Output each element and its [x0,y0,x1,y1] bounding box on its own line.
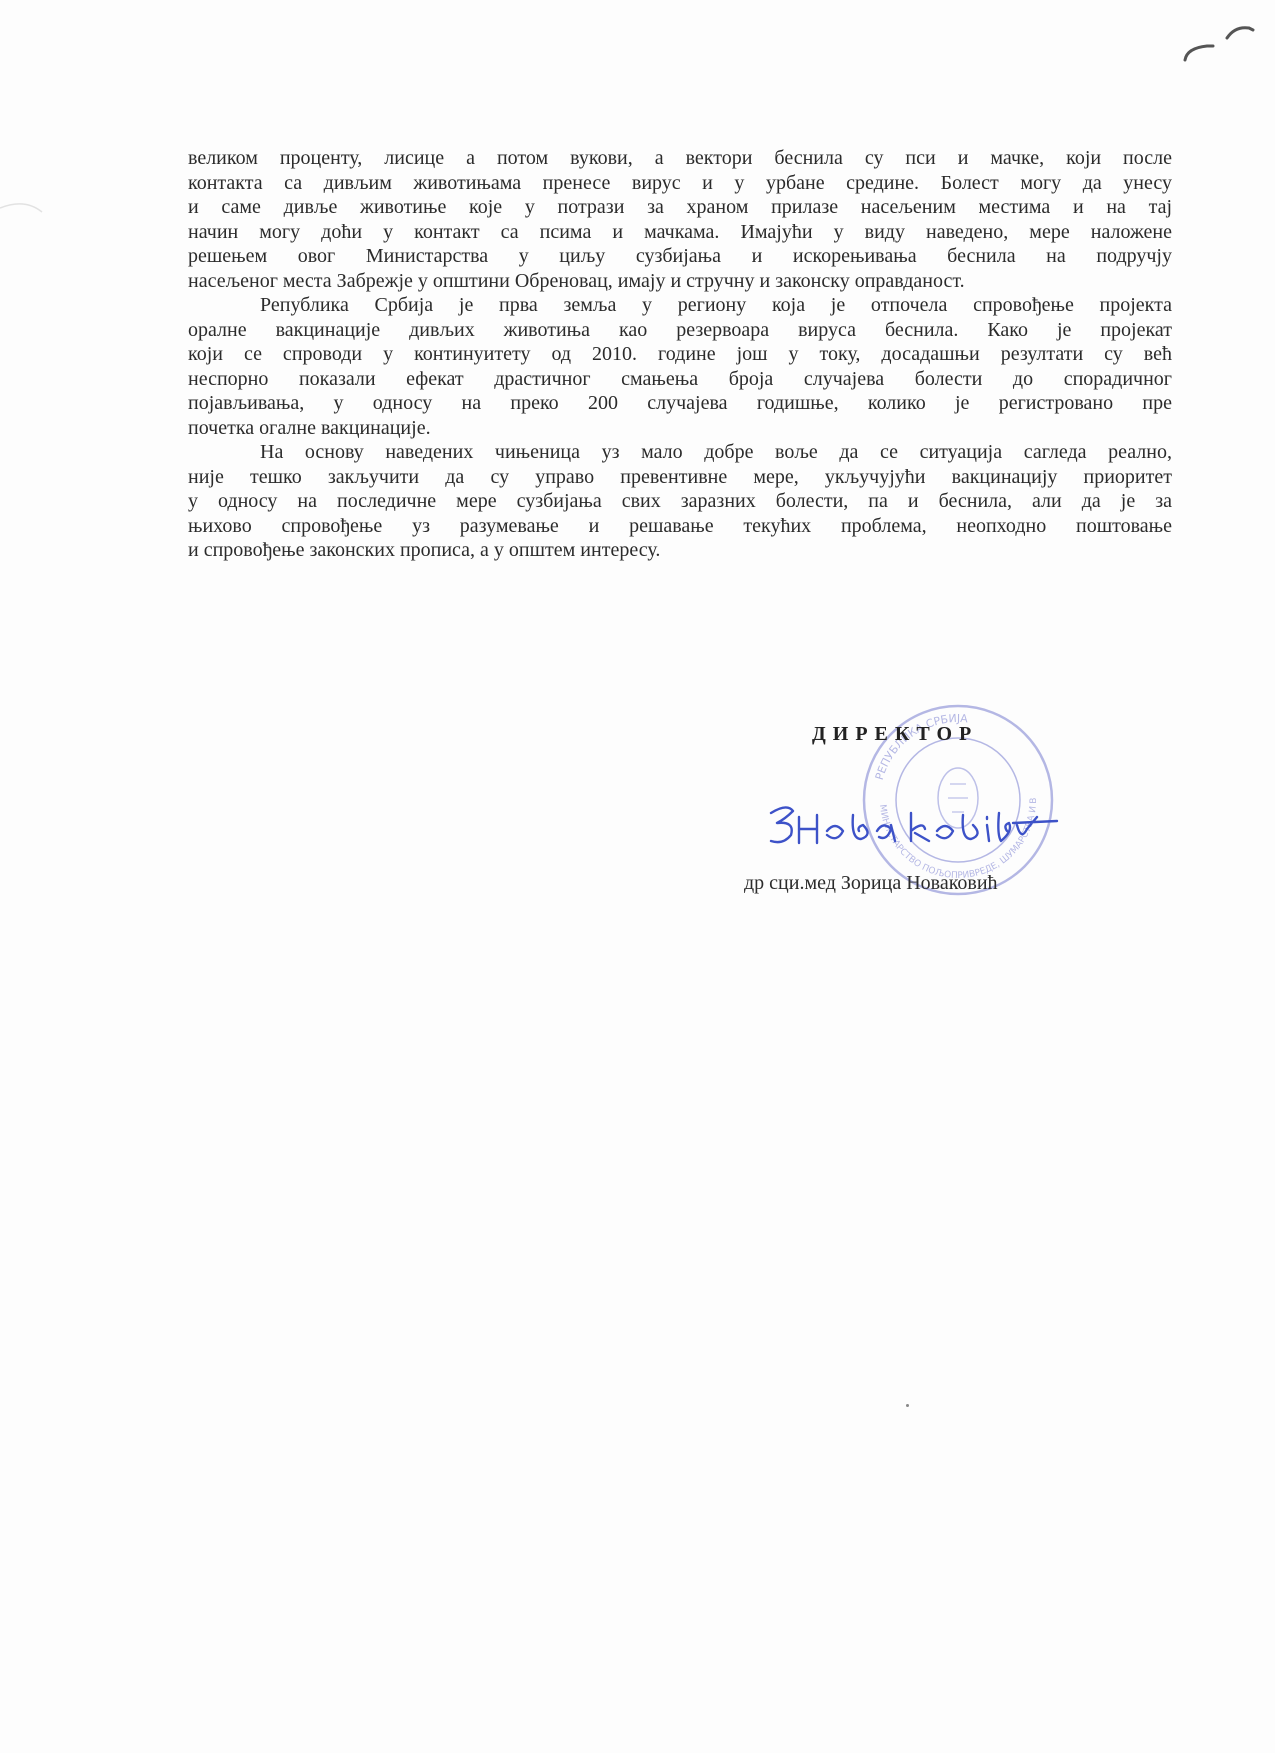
body-line: оралне вакцинације дивљих животиња као р… [188,318,1172,343]
body-line: великом проценту, лисице а потом вукови,… [188,146,1172,171]
body-line: решењем овог Министарства у циљу сузбија… [188,244,1172,269]
staple-mark-icon [1165,22,1265,67]
body-line: који се спроводи у континуитету од 2010.… [188,342,1172,367]
paper-fold-mark-icon [0,190,50,250]
body-line: насељеног места Забрежје у општини Обрен… [188,269,1172,294]
body-line: почетка огалне вакцинације. [188,416,1172,441]
body-line: и спровођење законских прописа, а у општ… [188,538,1172,563]
document-page: великом проценту, лисице а потом вукови,… [0,0,1275,1753]
scan-speck [906,1404,909,1407]
body-line: начин могу доћи у контакт са псима и мач… [188,220,1172,245]
body-line: неспорно показали ефекат драстичног смањ… [188,367,1172,392]
body-line: контакта са дивљим животињама пренесе ви… [188,171,1172,196]
handwritten-signature-icon [765,795,1065,855]
letter-body: великом проценту, лисице а потом вукови,… [188,146,1172,563]
body-line: у односу на последичне мере сузбијања св… [188,489,1172,514]
director-title: ДИРЕКТОР [812,723,978,746]
body-line: није тешко закључити да су управо превен… [188,465,1172,490]
signatory-name: др сци.мед Зорица Новаковић [744,872,998,895]
body-line: појављивања, у односу на преко 200 случа… [188,391,1172,416]
body-line: и саме дивље животиње које у потрази за … [188,195,1172,220]
body-line: Република Србија је прва земља у региону… [188,293,1172,318]
body-line: њихово спровођење уз разумевање и решава… [188,514,1172,539]
body-line: На основу наведених чињеница уз мало доб… [188,440,1172,465]
